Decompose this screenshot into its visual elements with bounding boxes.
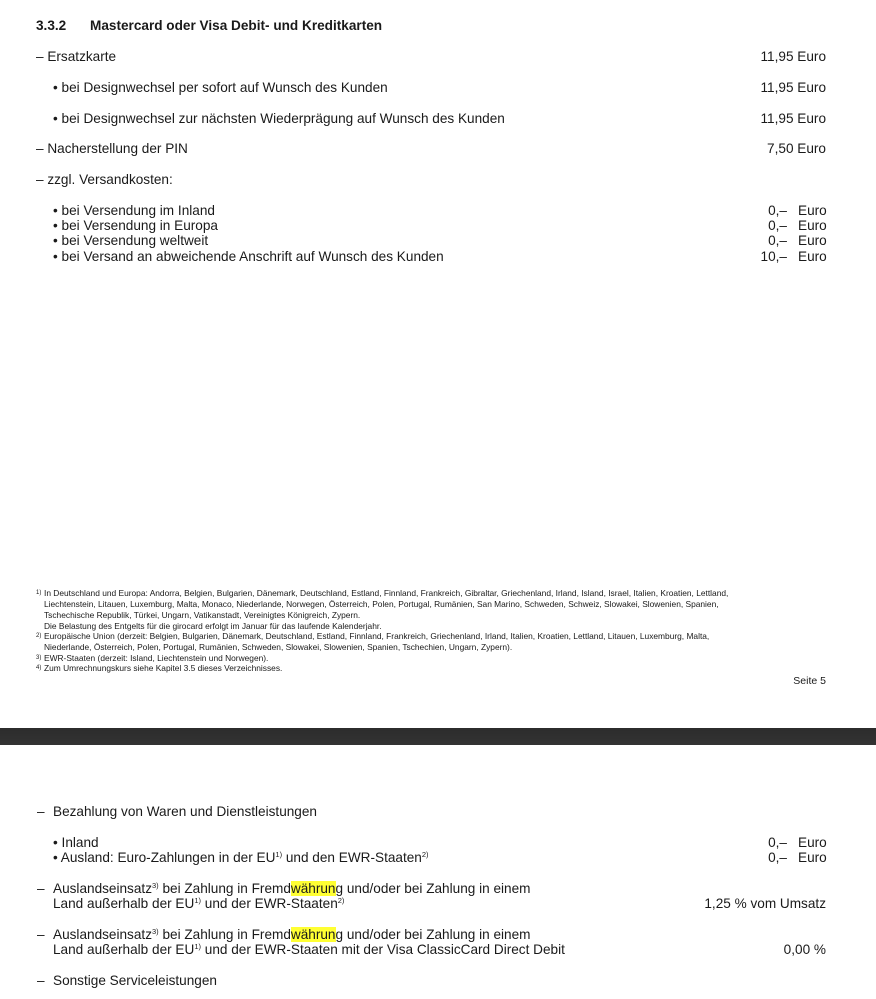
shipping-europa-currency: Euro: [798, 218, 827, 233]
footnote-1-line-3: Tschechische Republik, Türkei, Ungarn, V…: [44, 610, 360, 621]
shipping-inland-value: 0,–: [768, 203, 787, 218]
page-number: Seite 5: [793, 675, 826, 687]
amount-designwechsel-sofort: 11,95 Euro: [761, 80, 827, 95]
payment-ausland-value: 0,–: [768, 850, 787, 865]
foreign-2-line-2: Land außerhalb der EU1) und der EWR-Staa…: [53, 942, 565, 957]
item-pin: – Nacherstellung der PIN: [36, 141, 188, 156]
shipping-weltweit-value: 0,–: [768, 233, 787, 248]
footnote-mark-3: 3): [36, 654, 41, 662]
footnote-mark-2: 2): [36, 632, 41, 640]
foreign-1-dash: –: [37, 881, 45, 896]
foreign-2-amount: 0,00 %: [784, 942, 826, 957]
payment-dash: –: [37, 804, 45, 819]
foreign-2-line-1: Auslandseinsatz3) bei Zahlung in Fremdwä…: [53, 927, 530, 942]
footnote-4-line-1: Zum Umrechnungskurs siehe Kapitel 3.5 di…: [44, 663, 282, 674]
search-highlight: währun: [291, 881, 336, 896]
footnote-2-line-2: Niederlande, Österreich, Polen, Portugal…: [44, 642, 512, 653]
item-versandkosten: – zzgl. Versandkosten:: [36, 172, 173, 187]
item-ersatzkarte: – Ersatzkarte: [36, 49, 116, 64]
shipping-europa-value: 0,–: [768, 218, 787, 233]
section-number: 3.3.2: [36, 18, 66, 33]
payment-ausland: • Ausland: Euro-Zahlungen in der EU1) un…: [53, 850, 429, 865]
footnote-2-line-1: Europäische Union (derzeit: Belgien, Bul…: [44, 631, 709, 642]
shipping-weltweit: • bei Versendung weltweit: [53, 233, 208, 248]
other-dash: –: [37, 973, 45, 988]
section-title: Mastercard oder Visa Debit- und Kreditka…: [90, 18, 382, 33]
footnote-mark-1: 1): [36, 589, 41, 597]
amount-pin: 7,50 Euro: [767, 141, 826, 156]
shipping-abweichend-currency: Euro: [798, 249, 827, 264]
foreign-1-line-1: Auslandseinsatz3) bei Zahlung in Fremdwä…: [53, 881, 530, 896]
payment-inland-value: 0,–: [768, 835, 787, 850]
shipping-weltweit-currency: Euro: [798, 233, 827, 248]
foreign-1-amount: 1,25 % vom Umsatz: [704, 896, 826, 911]
item-designwechsel-sofort: • bei Designwechsel per sofort auf Wunsc…: [53, 80, 388, 95]
payment-heading: Bezahlung von Waren und Dienstleistungen: [53, 804, 317, 819]
item-designwechsel-wiederpraegung: • bei Designwechsel zur nächsten Wiederp…: [53, 111, 505, 126]
search-highlight: währun: [291, 927, 336, 942]
footnote-1-line-2: Liechtenstein, Litauen, Luxemburg, Malta…: [44, 599, 719, 610]
other-services: Sonstige Serviceleistungen: [53, 973, 217, 988]
shipping-inland: • bei Versendung im Inland: [53, 203, 215, 218]
footnote-1-line-1: In Deutschland und Europa: Andorra, Belg…: [44, 588, 728, 599]
page-separator: [0, 728, 876, 745]
footnote-mark-4: 4): [36, 664, 41, 672]
payment-inland: • Inland: [53, 835, 99, 850]
payment-inland-currency: Euro: [798, 835, 827, 850]
foreign-2-dash: –: [37, 927, 45, 942]
payment-ausland-currency: Euro: [798, 850, 827, 865]
foreign-1-line-2: Land außerhalb der EU1) und der EWR-Staa…: [53, 896, 344, 911]
shipping-abweichend: • bei Versand an abweichende Anschrift a…: [53, 249, 444, 264]
shipping-inland-currency: Euro: [798, 203, 827, 218]
amount-ersatzkarte: 11,95 Euro: [761, 49, 827, 64]
shipping-abweichend-value: 10,–: [761, 249, 787, 264]
amount-designwechsel-wiederpraegung: 11,95 Euro: [761, 111, 827, 126]
shipping-europa: • bei Versendung in Europa: [53, 218, 218, 233]
